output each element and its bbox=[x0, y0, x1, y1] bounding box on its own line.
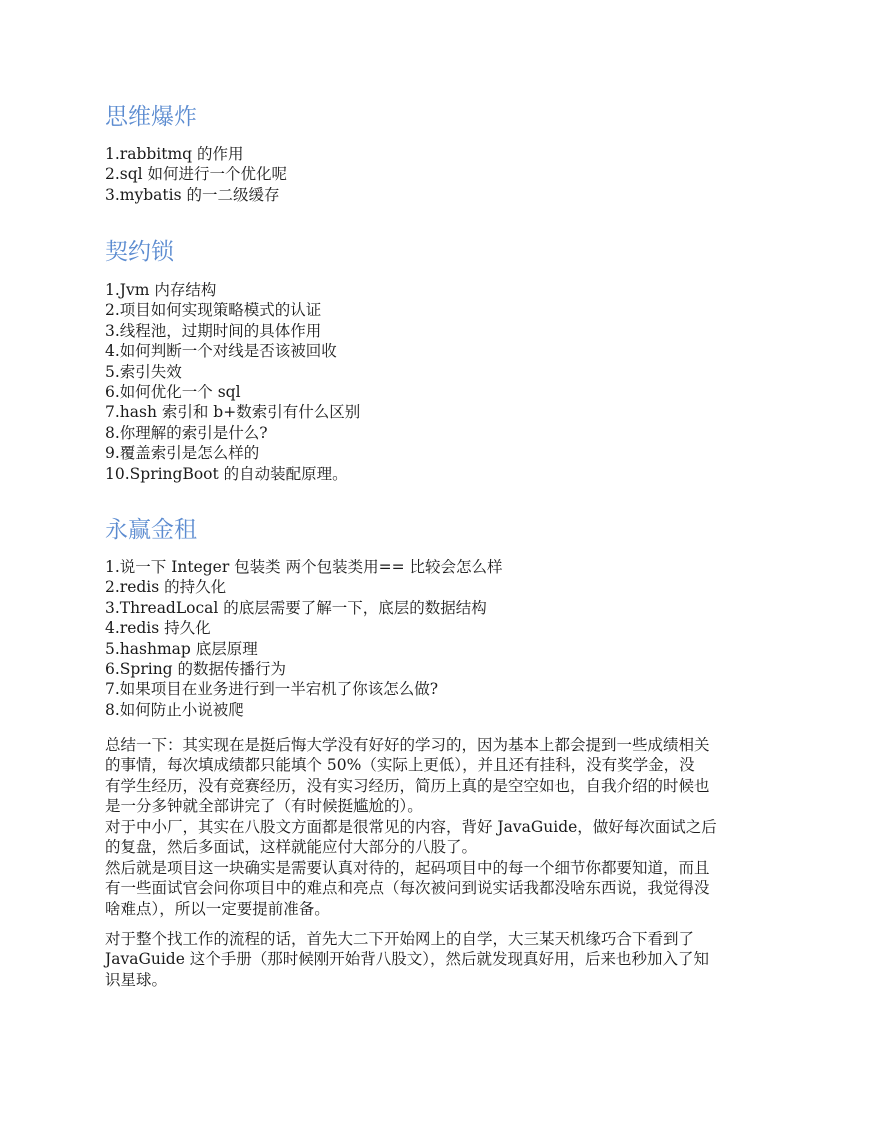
list-item: 1.Jvm 内存结构 bbox=[105, 280, 360, 300]
summary-paragraph-projects: 然后就是项目这一块确实是需要认真对待的，起码项目中的每一个细节你都要知道，而且 … bbox=[105, 858, 795, 919]
section-heading-yongying-jinzu: 永赢金租 bbox=[105, 516, 197, 544]
list-item: 4.redis 持久化 bbox=[105, 618, 502, 638]
list-item: 1.rabbitmq 的作用 bbox=[105, 144, 287, 164]
paragraph-line: 的事情，每次填成绩都只能填个 50%（实际上更低），并且还有挂科，没有奖学金，没 bbox=[105, 755, 795, 775]
section-heading-siwei-baozha: 思维爆炸 bbox=[105, 103, 197, 131]
list-item: 3.ThreadLocal 的底层需要了解一下，底层的数据结构 bbox=[105, 598, 502, 618]
list-item: 4.如何判断一个对线是否该被回收 bbox=[105, 341, 360, 361]
list-item: 10.SpringBoot 的自动装配原理。 bbox=[105, 464, 360, 484]
question-list-siwei-baozha: 1.rabbitmq 的作用 2.sql 如何进行一个优化呢 3.mybatis… bbox=[105, 144, 287, 205]
list-item: 5.hashmap 底层原理 bbox=[105, 639, 502, 659]
list-item: 3.线程池，过期时间的具体作用 bbox=[105, 321, 360, 341]
paragraph-line: 有学生经历，没有竞赛经历，没有实习经历，简历上真的是空空如也，自我介绍的时候也 bbox=[105, 776, 795, 796]
paragraph-line: 然后就是项目这一块确实是需要认真对待的，起码项目中的每一个细节你都要知道，而且 bbox=[105, 858, 795, 878]
paragraph-line: 有一些面试官会问你项目中的难点和亮点（每次被问到说实话我都没啥东西说，我觉得没 bbox=[105, 878, 795, 898]
list-item: 6.如何优化一个 sql bbox=[105, 382, 360, 402]
list-item: 3.mybatis 的一二级缓存 bbox=[105, 185, 287, 205]
question-list-qiyuesuo: 1.Jvm 内存结构 2.项目如何实现策略模式的认证 3.线程池，过期时间的具体… bbox=[105, 280, 360, 484]
paragraph-line: JavaGuide 这个手册（那时候刚开始背八股文），然后就发现真好用，后来也秒… bbox=[105, 949, 795, 969]
paragraph-line: 识星球。 bbox=[105, 970, 795, 990]
list-item: 8.如何防止小说被爬 bbox=[105, 700, 502, 720]
summary-paragraph-small-companies: 对于中小厂，其实在八股文方面都是很常见的内容，背好 JavaGuide，做好每次… bbox=[105, 817, 795, 858]
list-item: 6.Spring 的数据传播行为 bbox=[105, 659, 502, 679]
paragraph-line: 是一分多钟就全部讲完了（有时候挺尴尬的）。 bbox=[105, 796, 795, 816]
paragraph-line: 啥难点），所以一定要提前准备。 bbox=[105, 899, 795, 919]
list-item: 2.redis 的持久化 bbox=[105, 577, 502, 597]
paragraph-line: 对于中小厂，其实在八股文方面都是很常见的内容，背好 JavaGuide，做好每次… bbox=[105, 817, 795, 837]
paragraph-line: 总结一下：其实现在是挺后悔大学没有好好的学习的，因为基本上都会提到一些成绩相关 bbox=[105, 735, 795, 755]
paragraph-line: 对于整个找工作的流程的话，首先大二下开始网上的自学，大三某天机缘巧合下看到了 bbox=[105, 929, 795, 949]
summary-paragraph-regret: 总结一下：其实现在是挺后悔大学没有好好的学习的，因为基本上都会提到一些成绩相关 … bbox=[105, 735, 795, 817]
list-item: 7.如果项目在业务进行到一半宕机了你该怎么做? bbox=[105, 679, 502, 699]
paragraph-line: 的复盘，然后多面试，这样就能应付大部分的八股了。 bbox=[105, 837, 795, 857]
list-item: 2.sql 如何进行一个优化呢 bbox=[105, 164, 287, 184]
list-item: 8.你理解的索引是什么? bbox=[105, 423, 360, 443]
list-item: 9.覆盖索引是怎么样的 bbox=[105, 443, 360, 463]
list-item: 1.说一下 Integer 包装类 两个包装类用== 比较会怎么样 bbox=[105, 557, 502, 577]
list-item: 7.hash 索引和 b+数索引有什么区别 bbox=[105, 402, 360, 422]
section-heading-qiyuesuo: 契约锁 bbox=[105, 238, 174, 266]
list-item: 5.索引失效 bbox=[105, 362, 360, 382]
question-list-yongying-jinzu: 1.说一下 Integer 包装类 两个包装类用== 比较会怎么样 2.redi… bbox=[105, 557, 502, 720]
list-item: 2.项目如何实现策略模式的认证 bbox=[105, 300, 360, 320]
summary-paragraph-job-search-process: 对于整个找工作的流程的话，首先大二下开始网上的自学，大三某天机缘巧合下看到了 J… bbox=[105, 929, 795, 990]
